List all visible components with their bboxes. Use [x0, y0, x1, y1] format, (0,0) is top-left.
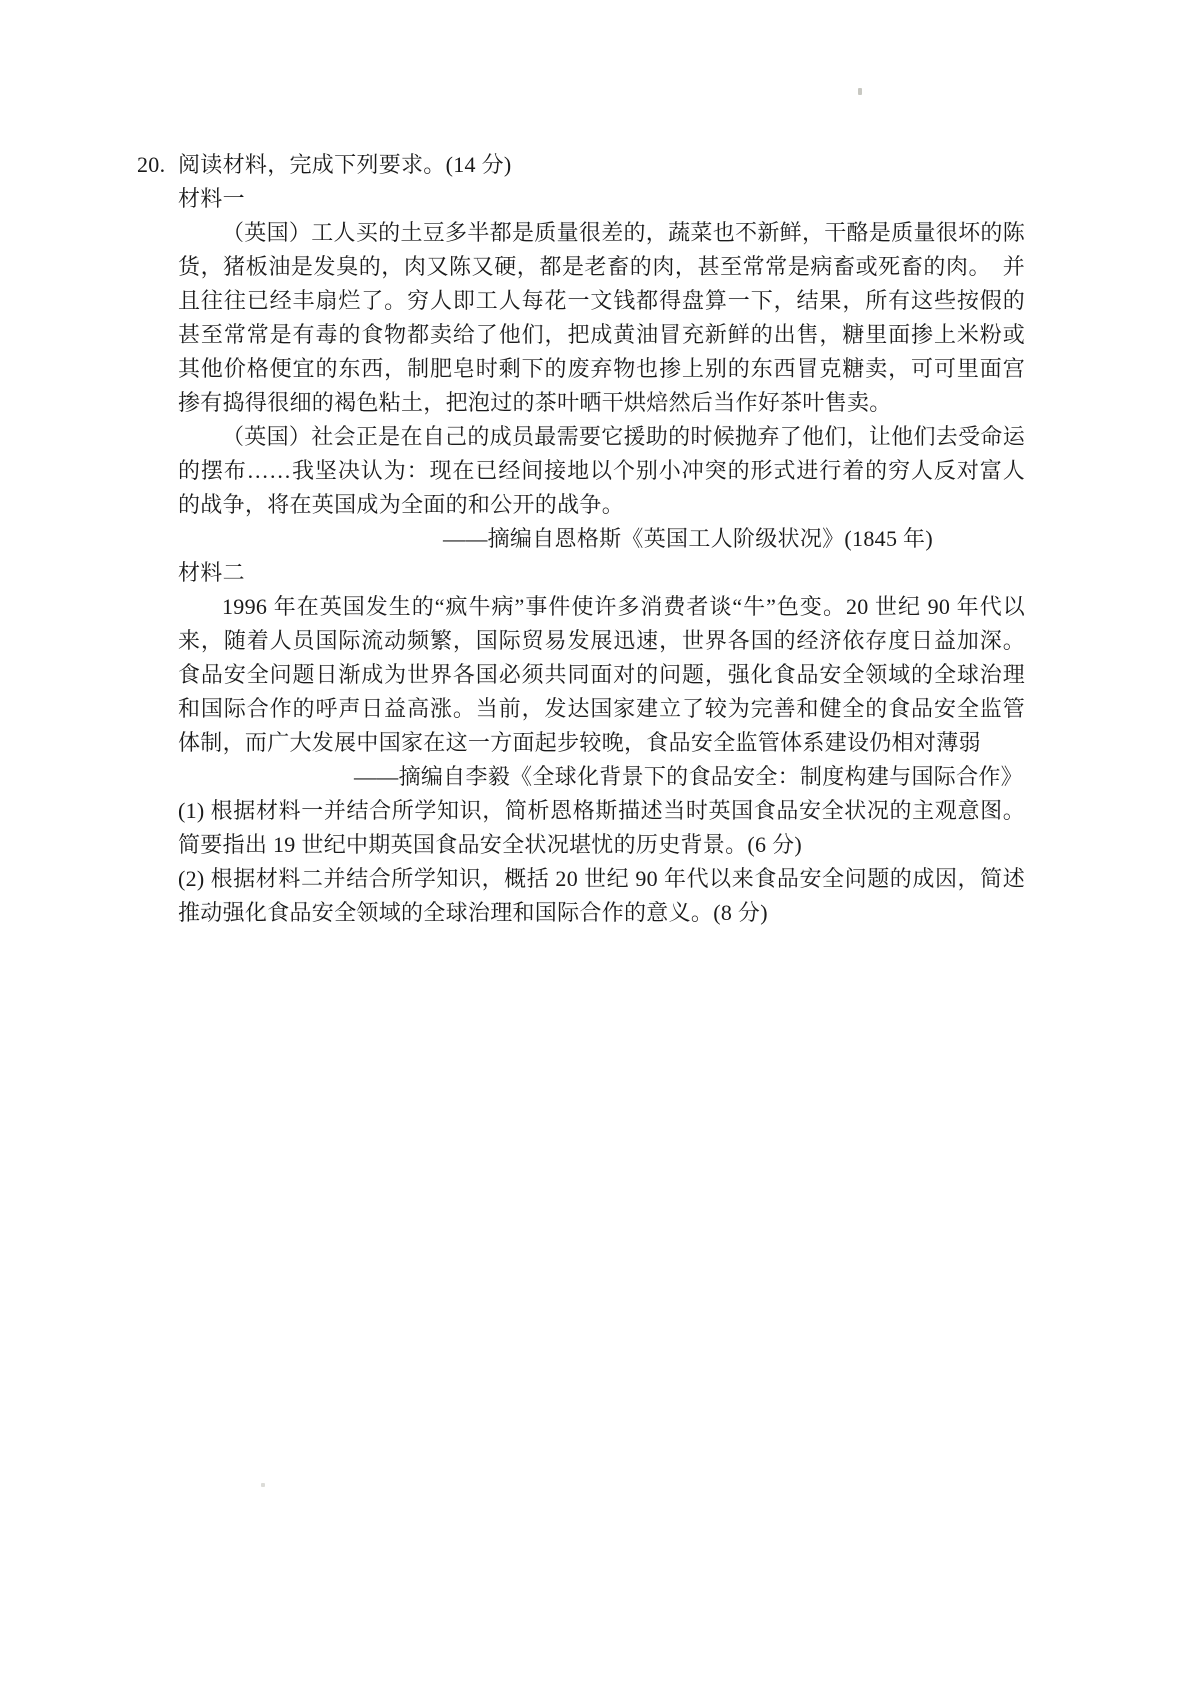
material-one-paragraph-2: （英国）社会正是在自己的成员最需要它援助的时候抛弃了他们，让他们去受命运的摆布…… [178, 420, 1025, 522]
question-number: 20. [137, 148, 178, 182]
question-instruction: 阅读材料，完成下列要求。(14 分) [178, 148, 512, 182]
question-header-row: 20. 阅读材料，完成下列要求。(14 分) [137, 148, 1025, 182]
material-one-attribution: ——摘编自恩格斯《英国工人阶级状况》(1845 年) [178, 522, 1025, 556]
material-one-label: 材料一 [178, 182, 1025, 216]
question-block: 20. 阅读材料，完成下列要求。(14 分) 材料一 （英国）工人买的土豆多半都… [137, 148, 1025, 930]
material-two-paragraph-1: 1996 年在英国发生的“疯牛病”事件使许多消费者谈“牛”色变。20 世纪 90… [178, 590, 1025, 760]
material-one-paragraph-1: （英国）工人买的土豆多半都是质量很差的，蔬菜也不新鲜，干酪是质量很坏的陈货，猪板… [178, 216, 1025, 420]
scan-speck [858, 88, 862, 95]
sub-question-1: (1) 根据材料一并结合所学知识，简析恩格斯描述当时英国食品安全状况的主观意图。… [178, 794, 1025, 862]
sub-question-2: (2) 根据材料二并结合所学知识，概括 20 世纪 90 年代以来食品安全问题的… [178, 862, 1025, 930]
scan-speck [261, 1483, 265, 1487]
exam-page: 20. 阅读材料，完成下列要求。(14 分) 材料一 （英国）工人买的土豆多半都… [0, 0, 1200, 1697]
material-two-attribution: ——摘编自李毅《全球化背景下的食品安全：制度构建与国际合作》 [178, 760, 1025, 794]
material-two-label: 材料二 [178, 556, 1025, 590]
